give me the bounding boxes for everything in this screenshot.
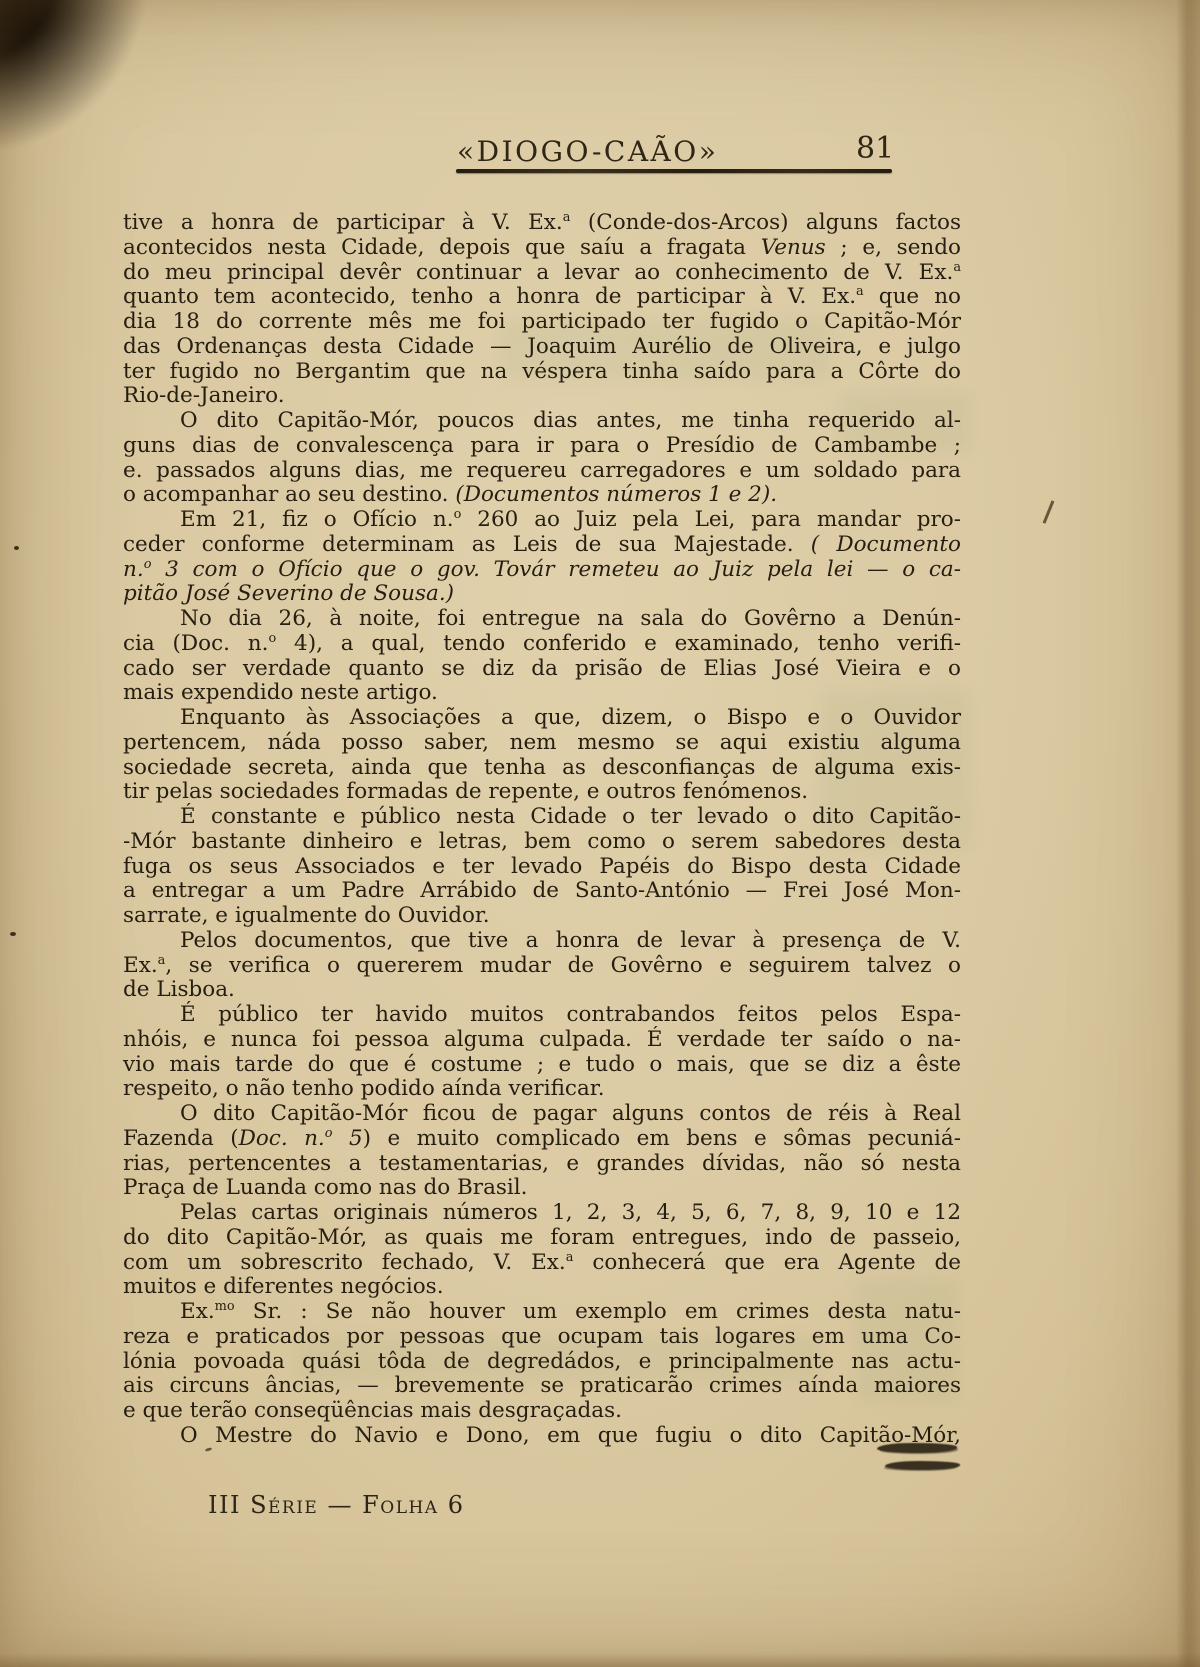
pen-slash-mark [1043,500,1054,523]
text-line: pertencem, náda posso saber, nem mesmo s… [123,731,961,756]
text-line: ais circuns âncias, — brevemente se prat… [123,1374,961,1399]
text-line: -Mór bastante dinheiro e letras, bem com… [123,830,961,855]
text-line: Ex.a, se verifica o quererem mudar de Go… [123,954,961,979]
text-line: do dito Capitão-Mór, as quais me foram e… [123,1226,961,1251]
text-line: a entregar a um Padre Arrábido de Santo-… [123,879,961,904]
text-line: reza e praticados por pessoas que ocupam… [123,1325,961,1350]
page-number: 81 [856,131,894,166]
text-line: com um sobrescrito fechado, V. Ex.a conh… [123,1251,961,1276]
ink-smudge [885,1461,960,1470]
text-line: Fazenda (Doc. n.o 5) e muito complicado … [123,1127,961,1152]
text-line: mais expendido neste artigo. [123,681,961,706]
text-line: cado ser verdade quanto se diz da prisão… [123,657,961,682]
scanned-book-page: «DIOGO-CAÃO» 81 tive a honra de particip… [0,0,1200,1667]
text-line: quanto tem acontecido, tenho a honra de … [123,285,961,310]
text-line: dia 18 do corrente mês me foi participad… [123,310,961,335]
text-line: das Ordenanças desta Cidade — Joaquim Au… [123,335,961,360]
ink-smudge [877,1443,957,1453]
text-line: cia (Doc. n.o 4), a qual, tendo conferid… [123,632,961,657]
text-line: do meu principal devêr continuar a levar… [123,261,961,286]
page-edge-right [1176,0,1200,1667]
text-line: Ex.mo Sr. : Se não houver um exemplo em … [123,1300,961,1325]
text-line: Em 21, fiz o Ofício n.o 260 ao Juiz pela… [123,508,961,533]
footer-series-imprint: III Série — Folha 6 [208,1491,464,1519]
text-line: tir pelas sociedades formadas de repente… [123,780,961,805]
text-line: Rio-de-Janeiro. [123,384,961,409]
text-line: pitão José Severino de Sousa.) [123,582,961,607]
running-header-title: «DIOGO-CAÃO» [457,135,718,168]
ink-speck [14,546,19,550]
text-line: e que terão conseqüências mais desgraçad… [123,1399,961,1424]
text-line: de Lisboa. [123,978,961,1003]
ink-speck [205,1447,213,1452]
text-line: guns dias de convalescença para ir para … [123,434,961,459]
text-line: fuga os seus Associados e ter levado Pap… [123,855,961,880]
text-line: o acompanhar ao seu destino. (Documentos… [123,483,961,508]
ink-speck [10,932,16,936]
text-line: Praça de Luanda como nas do Brasil. [123,1176,961,1201]
text-line: Enquanto às Associações a que, dizem, o … [123,706,961,731]
text-line: O dito Capitão-Mór, poucos dias antes, m… [123,409,961,434]
text-line: tive a honra de participar à V. Ex.a (Co… [123,211,961,236]
text-line: n.o 3 com o Ofício que o gov. Továr reme… [123,558,961,583]
page-edge-bottom [0,1653,1200,1667]
text-line: e. passados alguns dias, me requereu car… [123,459,961,484]
text-line: respeito, o não tenho podido aínda verif… [123,1077,961,1102]
text-line: muitos e diferentes negócios. [123,1275,961,1300]
header-rule [456,169,892,173]
text-line: nhóis, e nunca foi pessoa alguma culpada… [123,1028,961,1053]
scan-corner-shadow [0,0,145,150]
text-line: É constante e público nesta Cidade o ter… [123,805,961,830]
text-line: vio mais tarde do que é costume ; e tudo… [123,1053,961,1078]
text-line: sarrate, e igualmente do Ouvidor. [123,904,961,929]
text-line: O dito Capitão-Mór ficou de pagar alguns… [123,1102,961,1127]
body-text-column: tive a honra de participar à V. Ex.a (Co… [123,211,961,1449]
text-line: rias, pertencentes a testamentarias, e g… [123,1152,961,1177]
text-line: acontecidos nesta Cidade, depois que saí… [123,236,961,261]
text-line: ter fugido no Bergantim que na véspera t… [123,360,961,385]
text-line: No dia 26, à noite, foi entregue na sala… [123,607,961,632]
text-line: É público ter havido muitos contrabandos… [123,1003,961,1028]
text-line: Pelos documentos, que tive a honra de le… [123,929,961,954]
text-line: sociedade secreta, ainda que tenha as de… [123,756,961,781]
text-line: lónia povoada quási tôda de degredádos, … [123,1350,961,1375]
text-line: O Mestre do Navio e Dono, em que fugiu o… [123,1424,961,1449]
text-line: Pelas cartas originais números 1, 2, 3, … [123,1201,961,1226]
text-line: ceder conforme determinam as Leis de sua… [123,533,961,558]
